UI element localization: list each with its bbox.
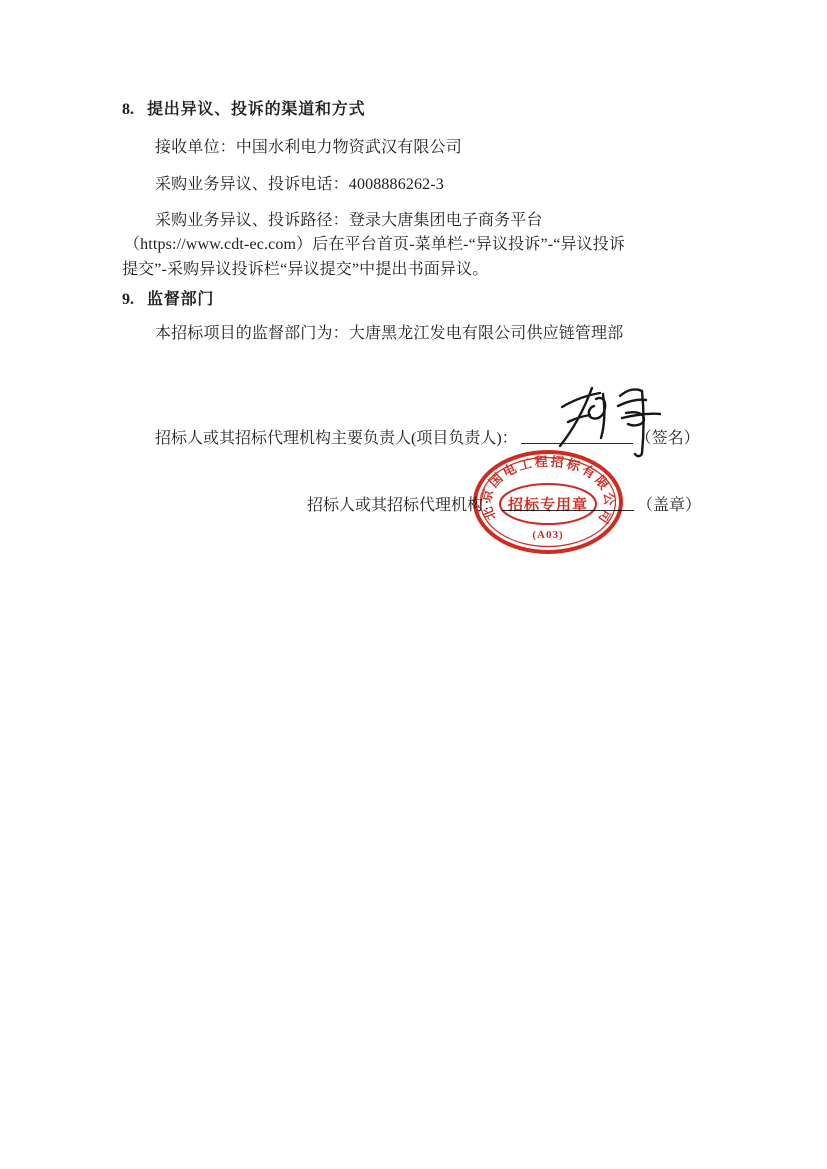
seal-code-text: (A03) — [532, 529, 563, 541]
section-9-number: 9. — [122, 291, 134, 308]
complaint-path-line-3: 提交”-采购异议投诉栏“异议提交”中提出书面异议。 — [122, 260, 488, 280]
section-8-title: 提出异议、投诉的渠道和方式 — [147, 101, 365, 118]
signature-row-label: 招标人或其招标代理机构主要负责人(项目负责人)： — [155, 430, 518, 447]
seal-center-text: 招标专用章 — [507, 496, 588, 514]
receiver-line: 接收单位：中国水利电力物资武汉有限公司 — [155, 138, 462, 158]
complaint-path-line-2: （https://www.cdt-ec.com）后在平台首页-菜单栏-“异议投诉… — [124, 235, 625, 255]
section-8-heading: 8.提出异议、投诉的渠道和方式 — [122, 100, 365, 119]
supervisor-line: 本招标项目的监督部门为：大唐黑龙江发电有限公司供应链管理部 — [155, 324, 623, 344]
document-page: 8.提出异议、投诉的渠道和方式 接收单位：中国水利电力物资武汉有限公司 采购业务… — [0, 0, 827, 1169]
section-9-heading: 9.监督部门 — [122, 290, 214, 309]
section-9-title: 监督部门 — [147, 291, 214, 308]
company-seal-stamp: 北京国电工程招标有限公司 招标专用章 (A03) — [468, 448, 628, 560]
complaint-phone-line: 采购业务异议、投诉电话：4008886262-3 — [155, 175, 444, 195]
section-8-number: 8. — [122, 101, 134, 118]
complaint-path-line-1: 采购业务异议、投诉路径：登录大唐集团电子商务平台 — [155, 211, 543, 231]
stamp-row-suffix: （盖章） — [637, 497, 701, 514]
